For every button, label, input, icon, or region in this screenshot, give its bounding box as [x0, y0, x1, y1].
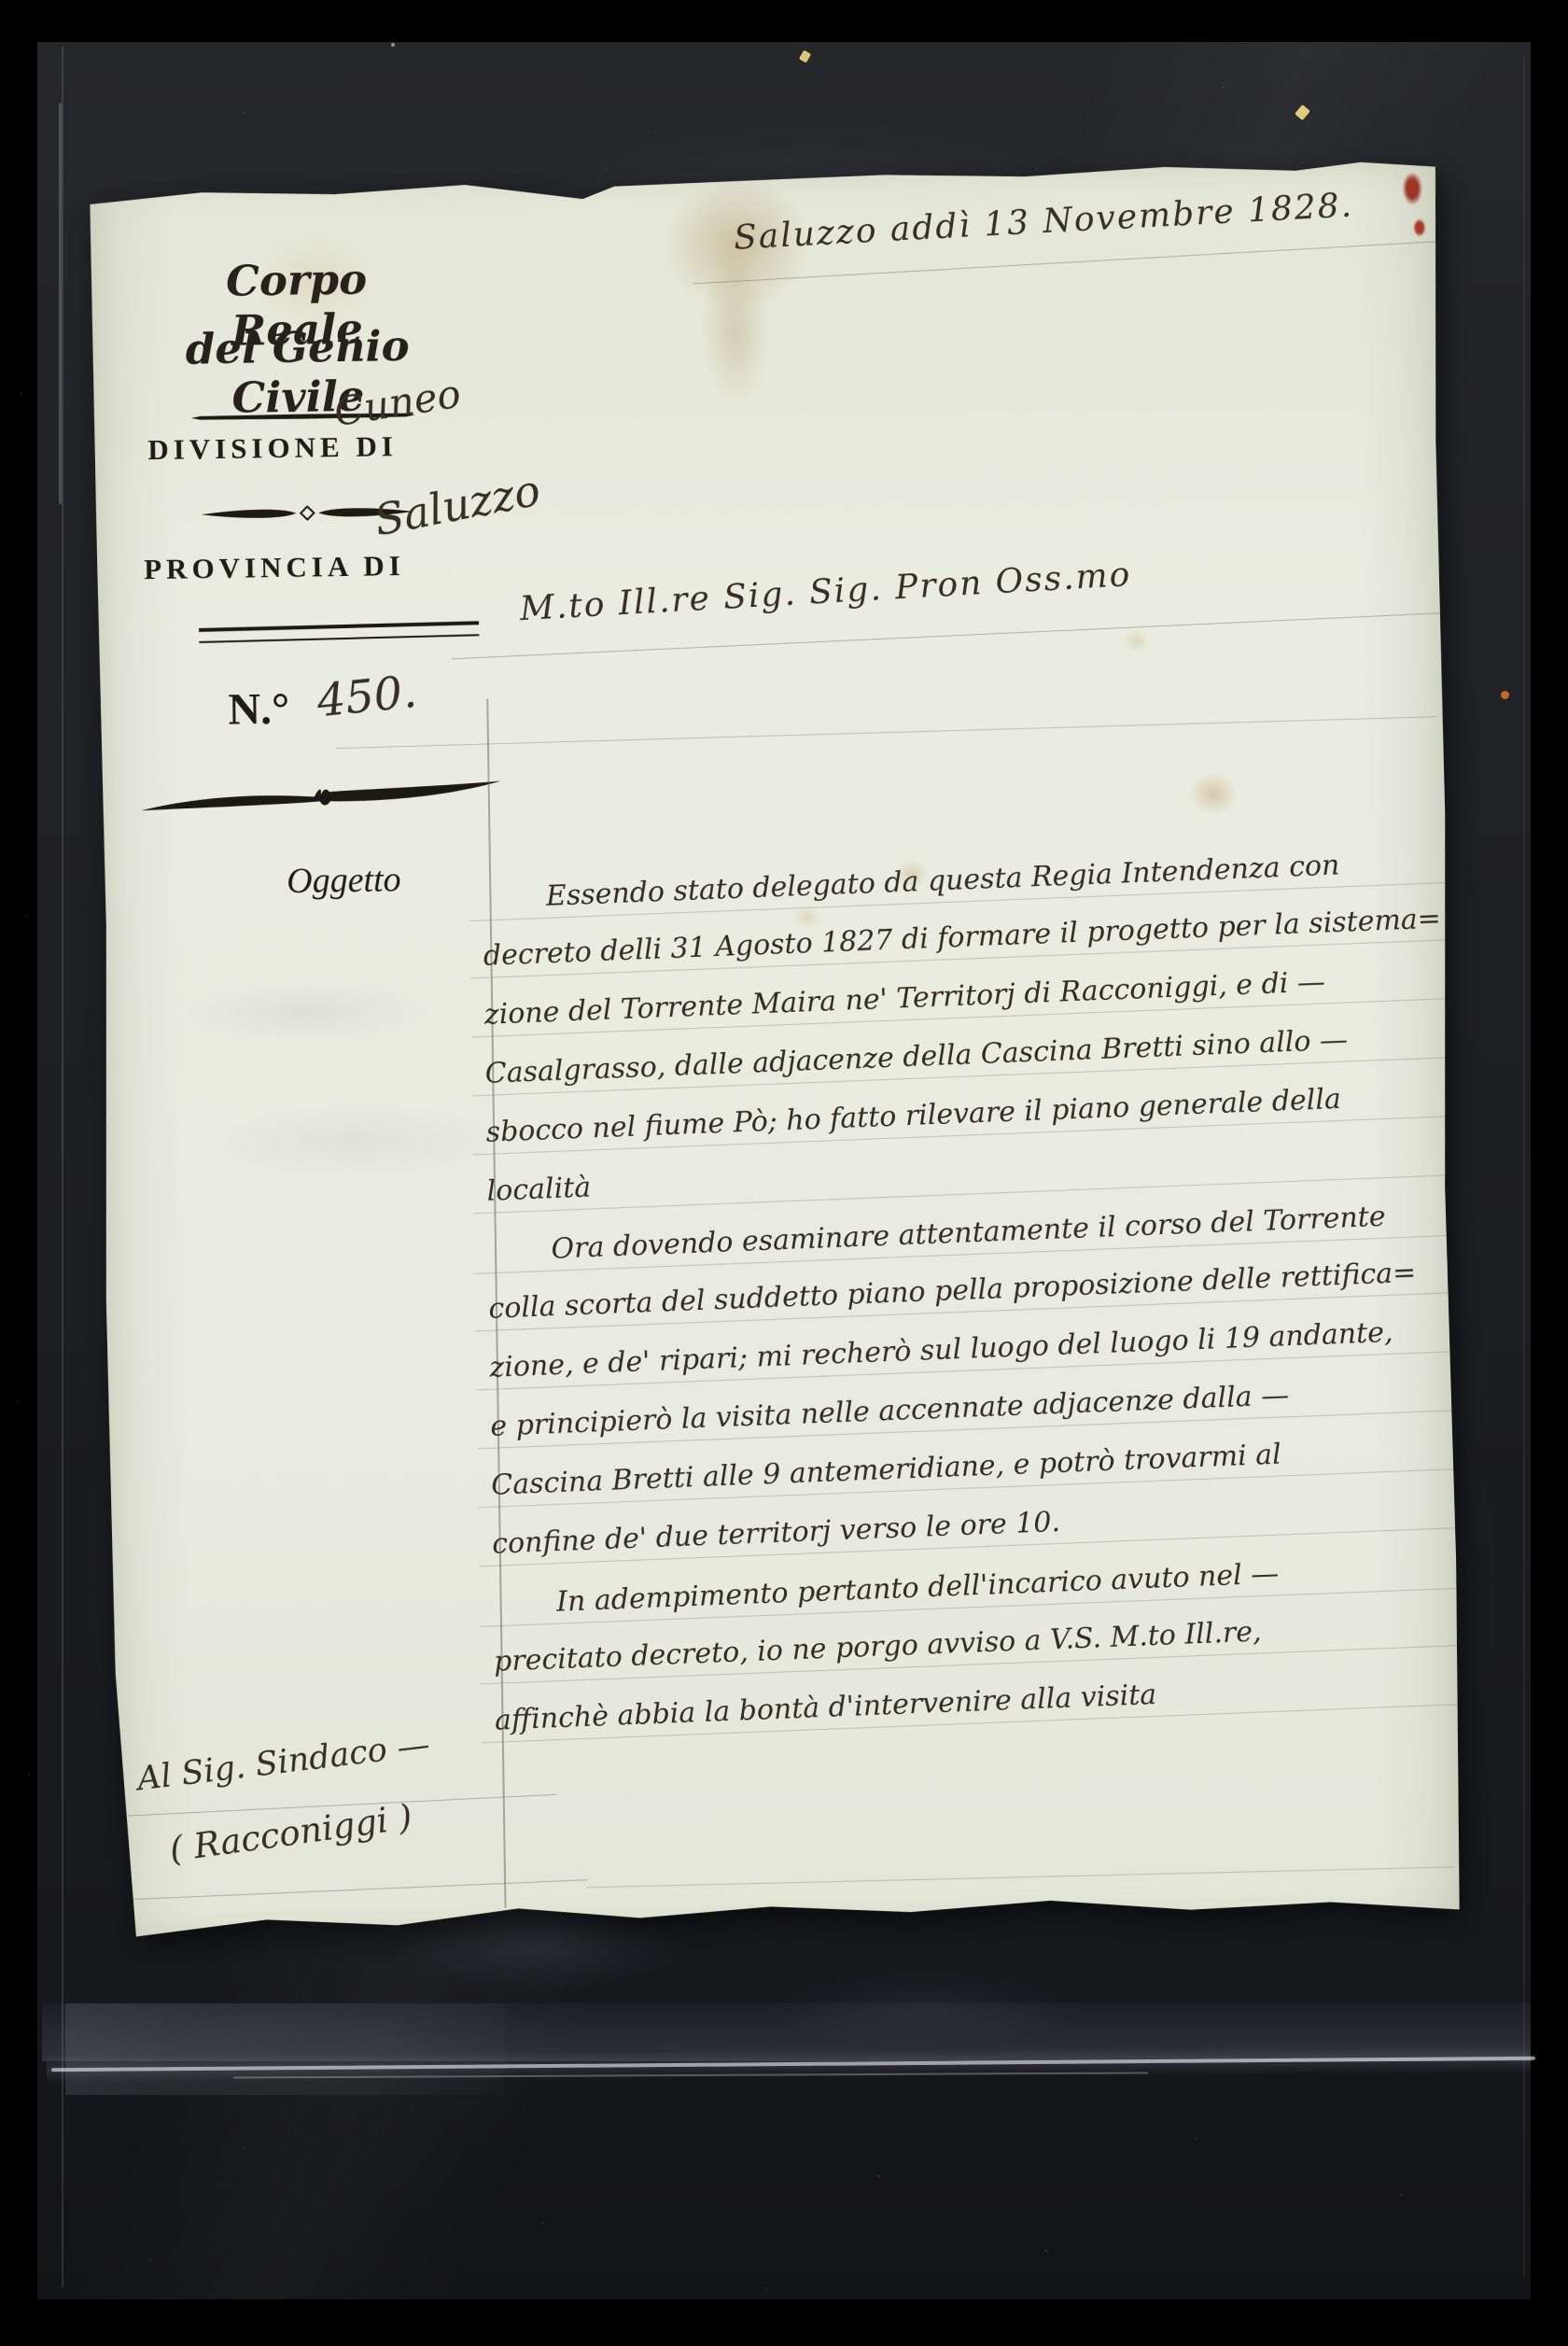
document-number-value: 450. [315, 666, 419, 728]
document-paper-wrap: Corpo Reale del Genio Civile DIVISIONE D… [90, 161, 1462, 1937]
stain [1189, 772, 1239, 816]
show-through [211, 1103, 501, 1178]
sleeve-left-highlight [59, 103, 62, 504]
archival-photo: Corpo Reale del Genio Civile DIVISIONE D… [0, 0, 1568, 2346]
body-line: precitato decreto, io ne porgo avviso a … [494, 1608, 1465, 1679]
wax-seal-remnant [1413, 218, 1426, 237]
letterhead-division-label: DIVISIONE DI [147, 429, 398, 467]
wax-seal-remnant [1402, 172, 1423, 205]
body-line: decreto delli 31 Agosto 1827 di formare … [483, 903, 1454, 973]
salutation-line: M.to Ill.re Sig. Sig. Pron Oss.mo [519, 555, 1132, 628]
date-line: Saluzzo addì 13 Novembre 1828. [733, 186, 1354, 257]
show-through [181, 980, 434, 1045]
subject-label: Oggetto [287, 859, 401, 902]
stain [1123, 629, 1149, 652]
sleeve-right-edge [1523, 56, 1525, 2278]
province-value-handwritten: Saluzzo [371, 465, 544, 546]
decorative-brace [138, 775, 505, 818]
ruled-line [586, 1866, 1454, 1888]
dust-fleck [1501, 691, 1509, 699]
recipient-line-1: Al Sig. Sindaco — [135, 1726, 432, 1798]
ruled-line [117, 1879, 588, 1901]
ruled-line [336, 716, 1437, 749]
dust-speckles [0, 42, 2, 44]
body-line: In adempimento pertanto dell'incarico av… [556, 1552, 1464, 1619]
body-line: colla scorta del suddetto piano pella pr… [488, 1256, 1460, 1326]
body-line: Essendo stato delegato da questa Regia I… [545, 846, 1453, 913]
letterhead-province-label: PROVINCIA DI [144, 549, 405, 586]
document-number-label: N.° [228, 683, 290, 736]
document-paper: Corpo Reale del Genio Civile DIVISIONE D… [90, 161, 1462, 1937]
body-line: Ora dovendo esaminare attentamente il co… [551, 1199, 1459, 1266]
letterhead-double-rule [199, 621, 479, 643]
sleeve-left-edge [62, 47, 63, 2287]
